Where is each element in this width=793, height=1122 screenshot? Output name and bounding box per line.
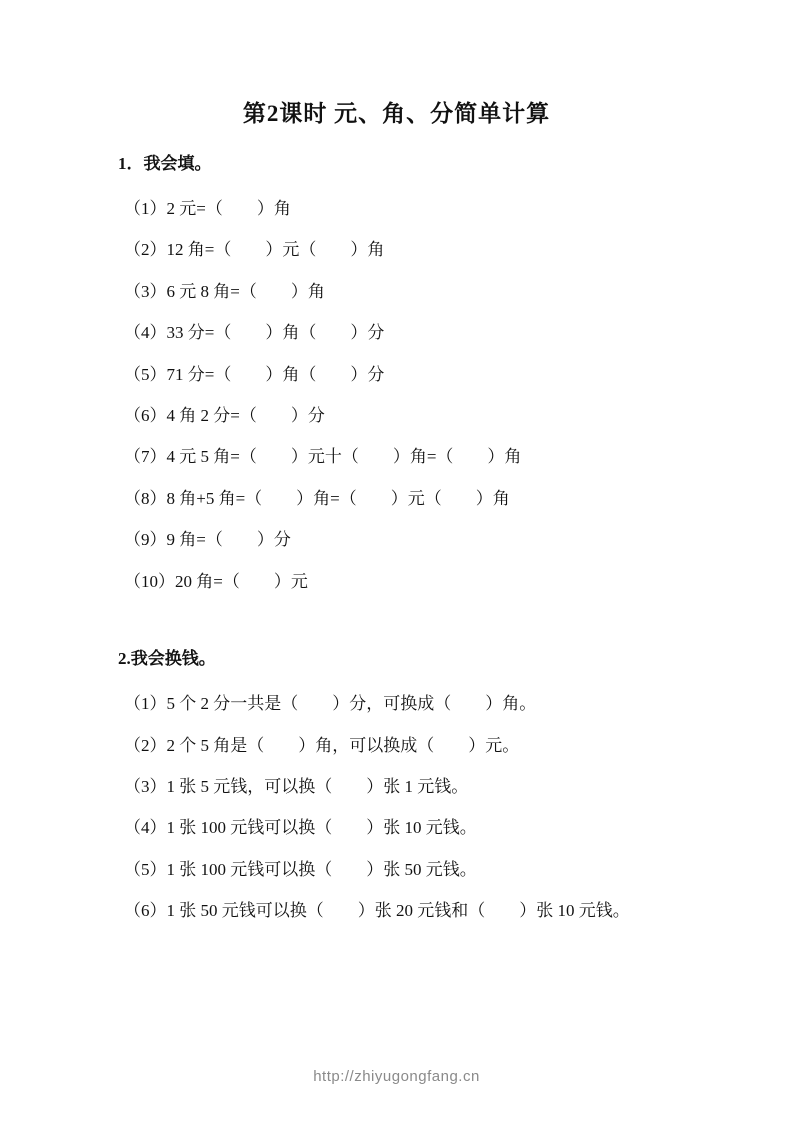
problem-line-2-3: （3）1 张 5 元钱，可以换（ ）张 1 元钱。: [124, 777, 793, 797]
footer-url: http://zhiyugongfang.cn: [0, 1068, 793, 1085]
problem-line-2-2: （2）2 个 5 角是（ ）角，可以换成（ ）元。: [124, 736, 793, 756]
section-1-heading: 1．我会填。: [118, 154, 793, 174]
problem-line-1-1: （1）2 元=（ ）角: [124, 199, 793, 219]
problem-line-1-2: （2）12 角=（ ）元（ ）角: [124, 240, 793, 260]
problem-line-1-9: （9）9 角=（ ）分: [124, 530, 793, 550]
page-title: 第2课时 元、角、分简单计算: [0, 0, 793, 128]
problem-line-1-10: （10）20 角=（ ）元: [124, 572, 793, 592]
problem-line-2-5: （5）1 张 100 元钱可以换（ ）张 50 元钱。: [124, 860, 793, 880]
problem-line-1-4: （4）33 分=（ ）角（ ）分: [124, 323, 793, 343]
problem-line-1-8: （8）8 角+5 角=（ ）角=（ ）元（ ）角: [124, 489, 793, 509]
problem-line-2-4: （4）1 张 100 元钱可以换（ ）张 10 元钱。: [124, 818, 793, 838]
section-2-heading: 2.我会换钱。: [118, 649, 793, 669]
problem-line-2-6: （6）1 张 50 元钱可以换（ ）张 20 元钱和（ ）张 10 元钱。: [124, 901, 793, 921]
problem-line-2-1: （1）5 个 2 分一共是（ ）分，可换成（ ）角。: [124, 694, 793, 714]
worksheet-page: 第2课时 元、角、分简单计算 1．我会填。 （1）2 元=（ ）角 （2）12 …: [0, 0, 793, 1122]
problem-line-1-6: （6）4 角 2 分=（ ）分: [124, 406, 793, 426]
problem-line-1-3: （3）6 元 8 角=（ ）角: [124, 282, 793, 302]
problem-line-1-5: （5）71 分=（ ）角（ ）分: [124, 365, 793, 385]
problem-line-1-7: （7）4 元 5 角=（ ）元十（ ）角=（ ）角: [124, 447, 793, 467]
